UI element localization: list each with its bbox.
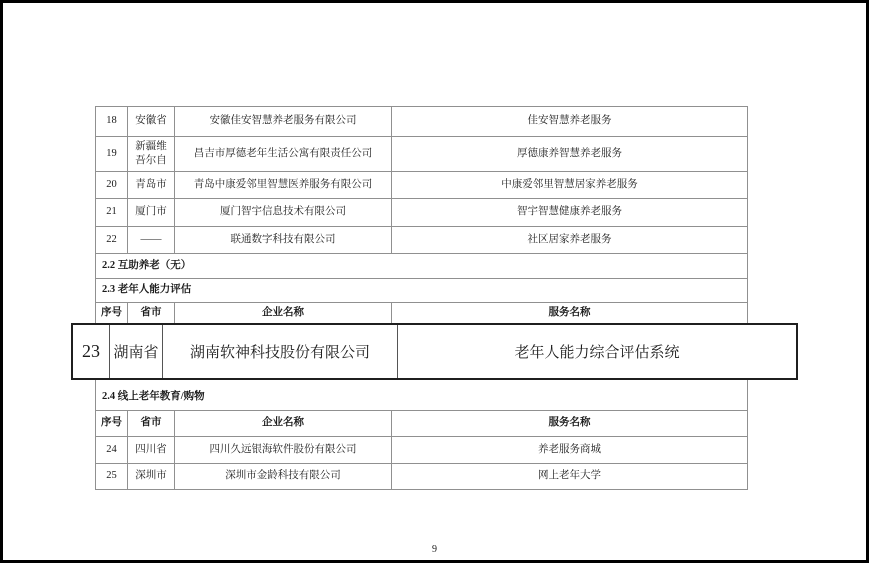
cell-company: 四川久远银海软件股份有限公司 (175, 437, 392, 464)
cell-region: 湖南省 (110, 325, 163, 378)
cell-region: 新疆维 吾尔自 (128, 137, 175, 172)
section-row-23: 2.3 老年人能力评估 (96, 279, 748, 303)
col-header-region: 省市 (128, 411, 175, 437)
cell-num: 18 (96, 107, 128, 137)
col-header-num: 序号 (96, 411, 128, 437)
table-row: 20 青岛市 青岛中康爱邻里智慧医养服务有限公司 中康爱邻里智慧居家养老服务 (96, 172, 748, 199)
table-row: 21 厦门市 厦门智宇信息技术有限公司 智宇智慧健康养老服务 (96, 199, 748, 227)
cell-company: 深圳市金龄科技有限公司 (175, 464, 392, 490)
cell-service: 社区居家养老服务 (392, 227, 748, 254)
table-row: 25 深圳市 深圳市金龄科技有限公司 网上老年大学 (96, 464, 748, 490)
header-row: 序号 省市 企业名称 服务名称 (96, 411, 748, 437)
magnified-row-23: 23 湖南省 湖南软神科技股份有限公司 老年人能力综合评估系统 (71, 323, 798, 380)
cell-num: 19 (96, 137, 128, 172)
table-row: 19 新疆维 吾尔自 昌吉市厚德老年生活公寓有限责任公司 厚德康养智慧养老服务 (96, 137, 748, 172)
cell-service: 厚德康养智慧养老服务 (392, 137, 748, 172)
cell-service: 网上老年大学 (392, 464, 748, 490)
col-header-company: 企业名称 (175, 303, 392, 325)
col-header-region: 省市 (128, 303, 175, 325)
table-row: 24 四川省 四川久远银海软件股份有限公司 养老服务商城 (96, 437, 748, 464)
page-number: 9 (3, 544, 866, 555)
cell-service: 老年人能力综合评估系统 (398, 325, 796, 378)
services-table: 18 安徽省 安徽佳安智慧养老服务有限公司 佳安智慧养老服务 19 新疆维 吾尔… (95, 106, 748, 490)
section-label: 2.3 老年人能力评估 (96, 279, 748, 303)
section-row-22: 2.2 互助养老（无） (96, 254, 748, 279)
col-header-num: 序号 (96, 303, 128, 325)
cell-region: —— (128, 227, 175, 254)
cell-num: 23 (73, 325, 110, 378)
cell-company: 安徽佳安智慧养老服务有限公司 (175, 107, 392, 137)
cell-num: 20 (96, 172, 128, 199)
section-row-24: 2.4 线上老年教育/购物 (96, 380, 748, 411)
cell-service: 智宇智慧健康养老服务 (392, 199, 748, 227)
cell-num: 24 (96, 437, 128, 464)
cell-company: 昌吉市厚德老年生活公寓有限责任公司 (175, 137, 392, 172)
cell-service: 中康爱邻里智慧居家养老服务 (392, 172, 748, 199)
document-page: 18 安徽省 安徽佳安智慧养老服务有限公司 佳安智慧养老服务 19 新疆维 吾尔… (0, 0, 869, 563)
cell-service: 佳安智慧养老服务 (392, 107, 748, 137)
table-row: 18 安徽省 安徽佳安智慧养老服务有限公司 佳安智慧养老服务 (96, 107, 748, 137)
cell-region: 青岛市 (128, 172, 175, 199)
cell-company: 青岛中康爱邻里智慧医养服务有限公司 (175, 172, 392, 199)
header-row: 序号 省市 企业名称 服务名称 (96, 303, 748, 325)
cell-region: 深圳市 (128, 464, 175, 490)
cell-service: 养老服务商城 (392, 437, 748, 464)
col-header-service: 服务名称 (392, 411, 748, 437)
cell-company: 湖南软神科技股份有限公司 (163, 325, 398, 378)
cell-region: 安徽省 (128, 107, 175, 137)
col-header-service: 服务名称 (392, 303, 748, 325)
section-label: 2.4 线上老年教育/购物 (96, 380, 748, 411)
cell-region: 四川省 (128, 437, 175, 464)
table-row: 22 —— 联通数字科技有限公司 社区居家养老服务 (96, 227, 748, 254)
cell-company: 联通数字科技有限公司 (175, 227, 392, 254)
section-label: 2.2 互助养老（无） (96, 254, 748, 279)
col-header-company: 企业名称 (175, 411, 392, 437)
cell-num: 21 (96, 199, 128, 227)
cell-num: 22 (96, 227, 128, 254)
cell-region: 厦门市 (128, 199, 175, 227)
cell-company: 厦门智宇信息技术有限公司 (175, 199, 392, 227)
cell-num: 25 (96, 464, 128, 490)
